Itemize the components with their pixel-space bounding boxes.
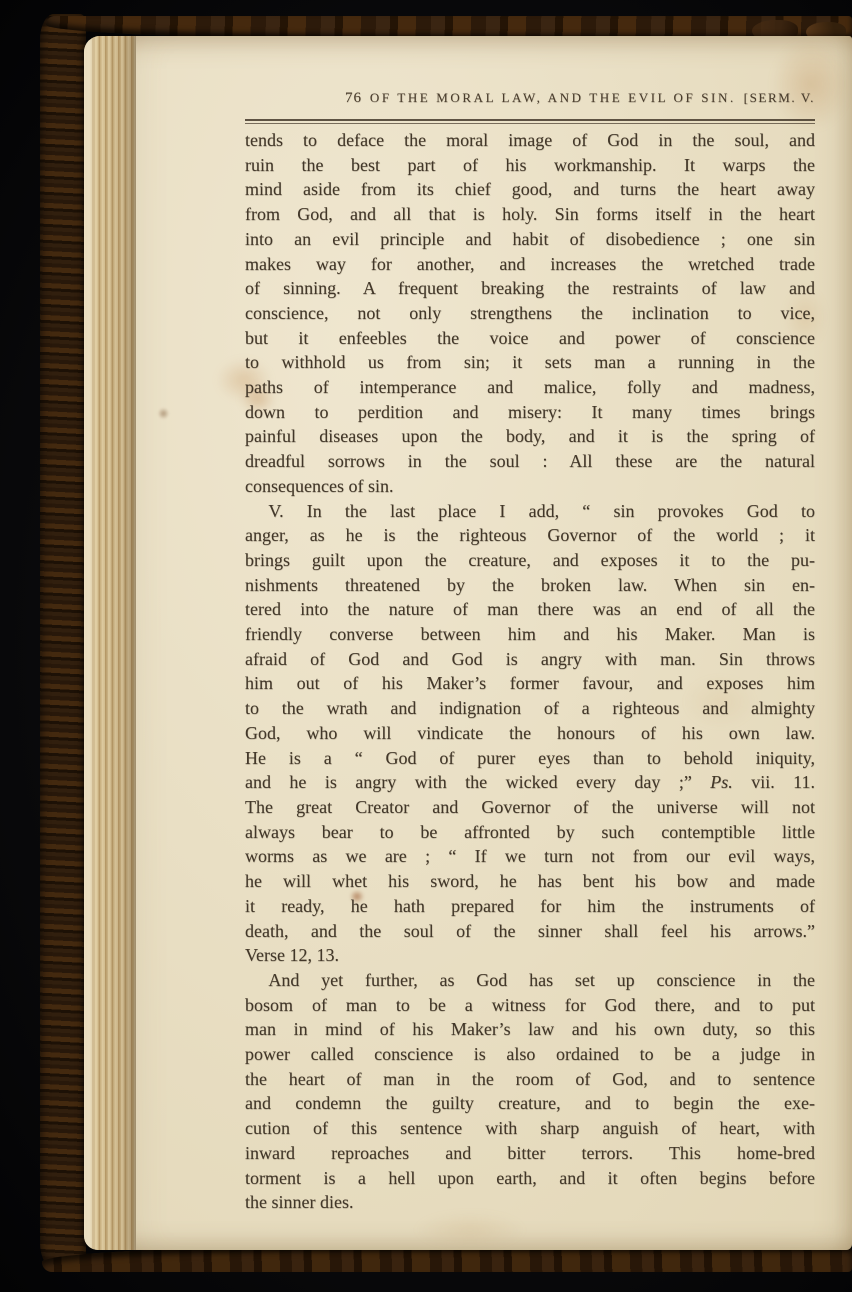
text-line: paths of intemperance and malice, folly … xyxy=(245,375,815,400)
text-line: from God, and all that is holy. Sin form… xyxy=(245,202,815,227)
text-line: ruin the best part of his workmanship. I… xyxy=(245,153,815,178)
paragraph: V. In the last place I add, “ sin provok… xyxy=(245,499,815,968)
text-line: tends to deface the moral image of God i… xyxy=(245,128,815,153)
text-line: always bear to be affronted by such cont… xyxy=(245,820,815,845)
text-line: afraid of God and God is angry with man.… xyxy=(245,647,815,672)
text-line: He is a “ God of purer eyes than to beho… xyxy=(245,746,815,771)
text-line: nishments threatened by the broken law. … xyxy=(245,573,815,598)
text-line: death, and the soul of the sinner shall … xyxy=(245,919,815,944)
text-line: dreadful sorrows in the soul : All these… xyxy=(245,449,815,474)
text-line: brings guilt upon the creature, and expo… xyxy=(245,548,815,573)
text-line: conscience, not only strengthens the inc… xyxy=(245,301,815,326)
book-photo: 76 OF THE MORAL LAW, AND THE EVIL OF SIN… xyxy=(0,0,852,1292)
text-line: consequences of sin. xyxy=(245,474,815,499)
text-line: the heart of man in the room of God, and… xyxy=(245,1067,815,1092)
sermon-marker: [SERM. V. xyxy=(744,90,815,106)
running-header: 76 OF THE MORAL LAW, AND THE EVIL OF SIN… xyxy=(245,90,815,107)
text-line: The great Creator and Governor of the un… xyxy=(245,795,815,820)
text-line: of sinning. A frequent breaking the rest… xyxy=(245,276,815,301)
text-line: it ready, he hath prepared for him the i… xyxy=(245,894,815,919)
header-double-rule xyxy=(245,119,815,124)
text-segment: vii. 11. xyxy=(733,772,815,792)
text-line: makes way for another, and increases the… xyxy=(245,252,815,277)
text-line: to the wrath and indignation of a righte… xyxy=(245,696,815,721)
text-line: him out of his Maker’s former favour, an… xyxy=(245,671,815,696)
text-line: down to perdition and misery: It many ti… xyxy=(245,400,815,425)
text-line: mind aside from its chief good, and turn… xyxy=(245,177,815,202)
text-line: anger, as he is the righteous Governor o… xyxy=(245,523,815,548)
text-line: the sinner dies. xyxy=(245,1190,815,1215)
text-line: worms as we are ; “ If we turn not from … xyxy=(245,844,815,869)
text-line: torment is a hell upon earth, and it oft… xyxy=(245,1166,815,1191)
book-cover-spine-edge xyxy=(40,14,86,1272)
page-content: 76 OF THE MORAL LAW, AND THE EVIL OF SIN… xyxy=(84,36,852,1250)
text-segment: and he is angry with the wicked every da… xyxy=(245,772,710,792)
running-title: OF THE MORAL LAW, AND THE EVIL OF SIN. xyxy=(362,90,744,106)
text-line: V. In the last place I add, “ sin provok… xyxy=(245,499,815,524)
text-line: friendly converse between him and his Ma… xyxy=(245,622,815,647)
text-line: tered into the nature of man there was a… xyxy=(245,597,815,622)
text-line: painful diseases upon the body, and it i… xyxy=(245,424,815,449)
text-line: man in mind of his Maker’s law and his o… xyxy=(245,1017,815,1042)
text-line: And yet further, as God has set up consc… xyxy=(245,968,815,993)
body-text: tends to deface the moral image of God i… xyxy=(245,128,815,1215)
text-line: to withhold us from sin; it sets man a r… xyxy=(245,350,815,375)
text-line: power called conscience is also ordained… xyxy=(245,1042,815,1067)
page-number: 76 xyxy=(345,90,362,107)
book-page: 76 OF THE MORAL LAW, AND THE EVIL OF SIN… xyxy=(84,36,852,1250)
text-line: and he is angry with the wicked every da… xyxy=(245,770,815,795)
text-line: cution of this sentence with sharp angui… xyxy=(245,1116,815,1141)
text-line: inward reproaches and bitter terrors. Th… xyxy=(245,1141,815,1166)
text-line: and condemn the guilty creature, and to … xyxy=(245,1091,815,1116)
text-line: God, who will vindicate the honours of h… xyxy=(245,721,815,746)
paragraph: And yet further, as God has set up consc… xyxy=(245,968,815,1215)
paragraph: tends to deface the moral image of God i… xyxy=(245,128,815,499)
scripture-abbreviation: Ps. xyxy=(710,772,733,792)
text-line: bosom of man to be a witness for God the… xyxy=(245,993,815,1018)
text-line: he will whet his sword, he has bent his … xyxy=(245,869,815,894)
text-line: but it enfeebles the voice and power of … xyxy=(245,326,815,351)
text-line: into an evil principle and habit of diso… xyxy=(245,227,815,252)
text-line: Verse 12, 13. xyxy=(245,943,815,968)
